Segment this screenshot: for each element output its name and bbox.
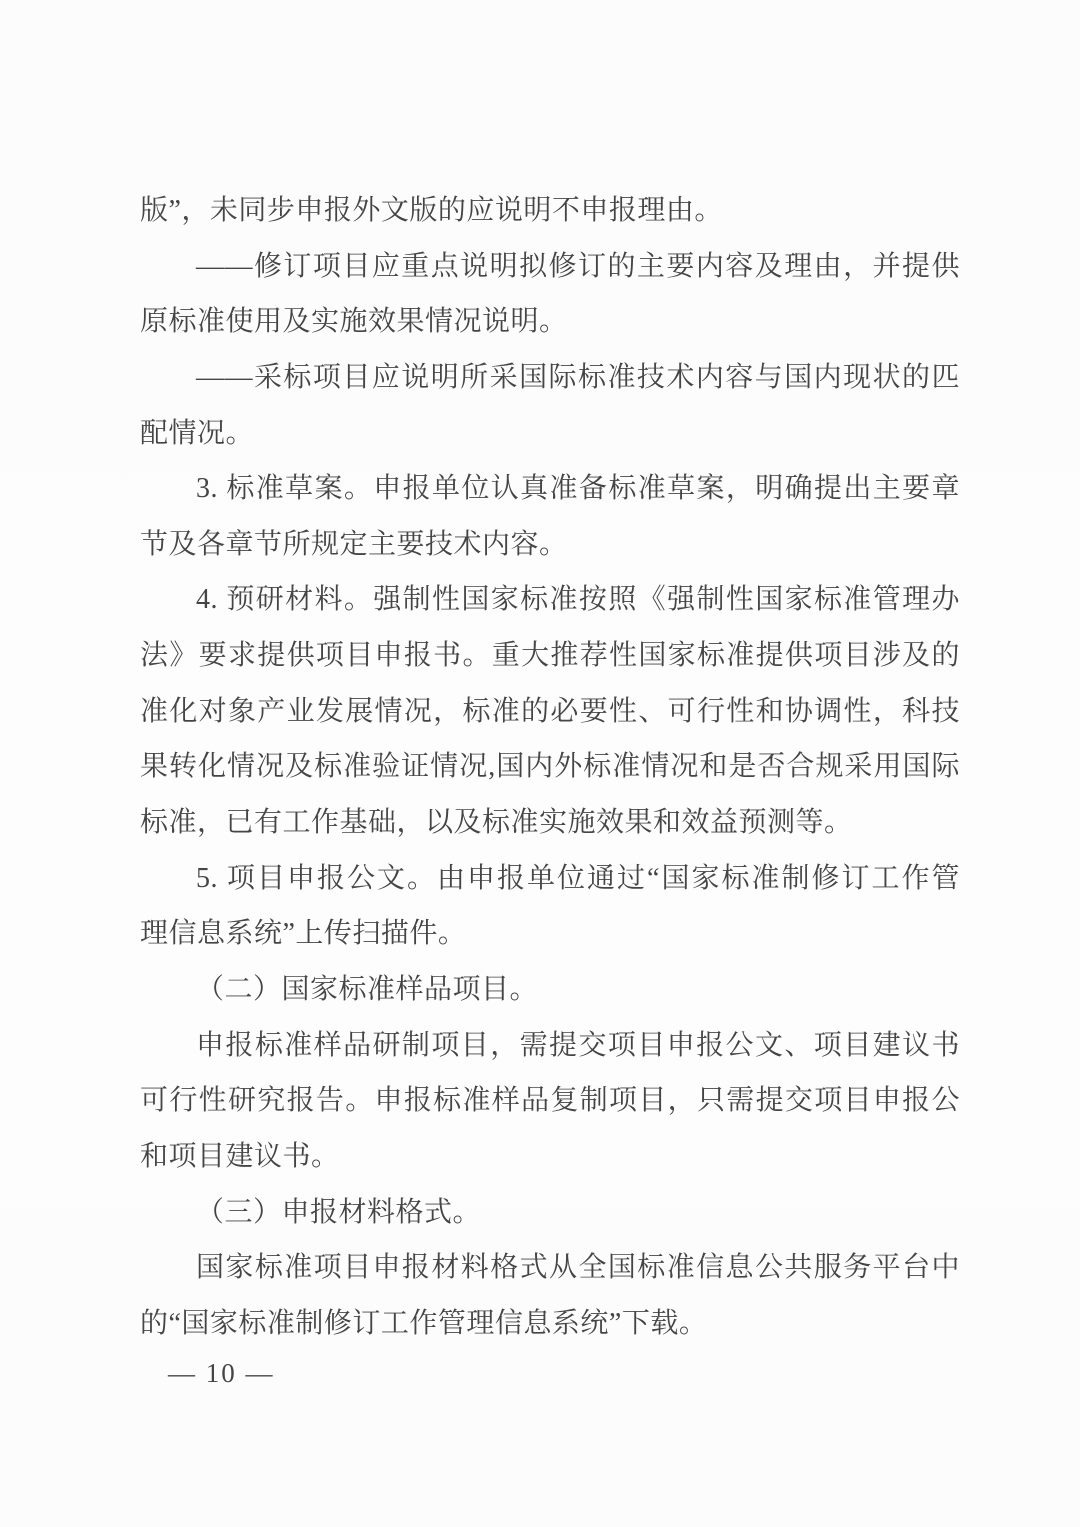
- text-line: 原标准使用及实施效果情况说明。: [140, 294, 960, 350]
- text-line: ——采标项目应说明所采国际标准技术内容与国内现状的匹: [140, 350, 960, 406]
- text-line: 4. 预研材料。强制性国家标准按照《强制性国家标准管理办: [140, 572, 960, 628]
- paragraph: 版”，未同步申报外文版的应说明不申报理由。: [140, 183, 960, 239]
- paragraph: 4. 预研材料。强制性国家标准按照《强制性国家标准管理办法》要求提供项目申报书。…: [140, 572, 960, 850]
- text-line: 3. 标准草案。申报单位认真准备标准草案，明确提出主要章: [140, 461, 960, 517]
- paragraph: 申报标准样品研制项目，需提交项目申报公文、项目建议书和可行性研究报告。申报标准样…: [140, 1018, 960, 1185]
- text-line: 的“国家标准制修订工作管理信息系统”下载。: [140, 1296, 960, 1352]
- document-body: 版”，未同步申报外文版的应说明不申报理由。——修订项目应重点说明拟修订的主要内容…: [140, 183, 960, 1351]
- text-line: ——修订项目应重点说明拟修订的主要内容及理由，并提供: [140, 239, 960, 295]
- text-line: 和项目建议书。: [140, 1129, 960, 1185]
- paragraph: 国家标准项目申报材料格式从全国标准信息公共服务平台中的“国家标准制修订工作管理信…: [140, 1240, 960, 1351]
- page-number: — 10 —: [168, 1358, 275, 1388]
- text-line: 配情况。: [140, 406, 960, 462]
- page-number-text: — 10 —: [168, 1358, 275, 1388]
- text-line: 申报标准样品研制项目，需提交项目申报公文、项目建议书和: [140, 1018, 960, 1074]
- text-line: 理信息系统”上传扫描件。: [140, 906, 960, 962]
- text-line: 国家标准项目申报材料格式从全国标准信息公共服务平台中: [140, 1240, 960, 1296]
- paragraph: （三）申报材料格式。: [140, 1185, 960, 1241]
- text-line: （三）申报材料格式。: [140, 1185, 960, 1241]
- paragraph: 5. 项目申报公文。由申报单位通过“国家标准制修订工作管理信息系统”上传扫描件。: [140, 851, 960, 962]
- text-line: 版”，未同步申报外文版的应说明不申报理由。: [140, 183, 960, 239]
- text-line: 5. 项目申报公文。由申报单位通过“国家标准制修订工作管: [140, 851, 960, 907]
- text-line: 准化对象产业发展情况，标准的必要性、可行性和协调性，科技成: [140, 684, 960, 740]
- paragraph: 3. 标准草案。申报单位认真准备标准草案，明确提出主要章节及各章节所规定主要技术…: [140, 461, 960, 572]
- text-line: 果转化情况及标准验证情况,国内外标准情况和是否合规采用国际: [140, 739, 960, 795]
- text-line: 节及各章节所规定主要技术内容。: [140, 517, 960, 573]
- text-line: 可行性研究报告。申报标准样品复制项目，只需提交项目申报公文: [140, 1073, 960, 1129]
- paragraph: ——采标项目应说明所采国际标准技术内容与国内现状的匹配情况。: [140, 350, 960, 461]
- paragraph: ——修订项目应重点说明拟修订的主要内容及理由，并提供原标准使用及实施效果情况说明…: [140, 239, 960, 350]
- document-page: 版”，未同步申报外文版的应说明不申报理由。——修订项目应重点说明拟修订的主要内容…: [0, 0, 1080, 1527]
- paragraph: （二）国家标准样品项目。: [140, 962, 960, 1018]
- text-line: （二）国家标准样品项目。: [140, 962, 960, 1018]
- text-line: 标准，已有工作基础，以及标准实施效果和效益预测等。: [140, 795, 960, 851]
- text-line: 法》要求提供项目申报书。重大推荐性国家标准提供项目涉及的标: [140, 628, 960, 684]
